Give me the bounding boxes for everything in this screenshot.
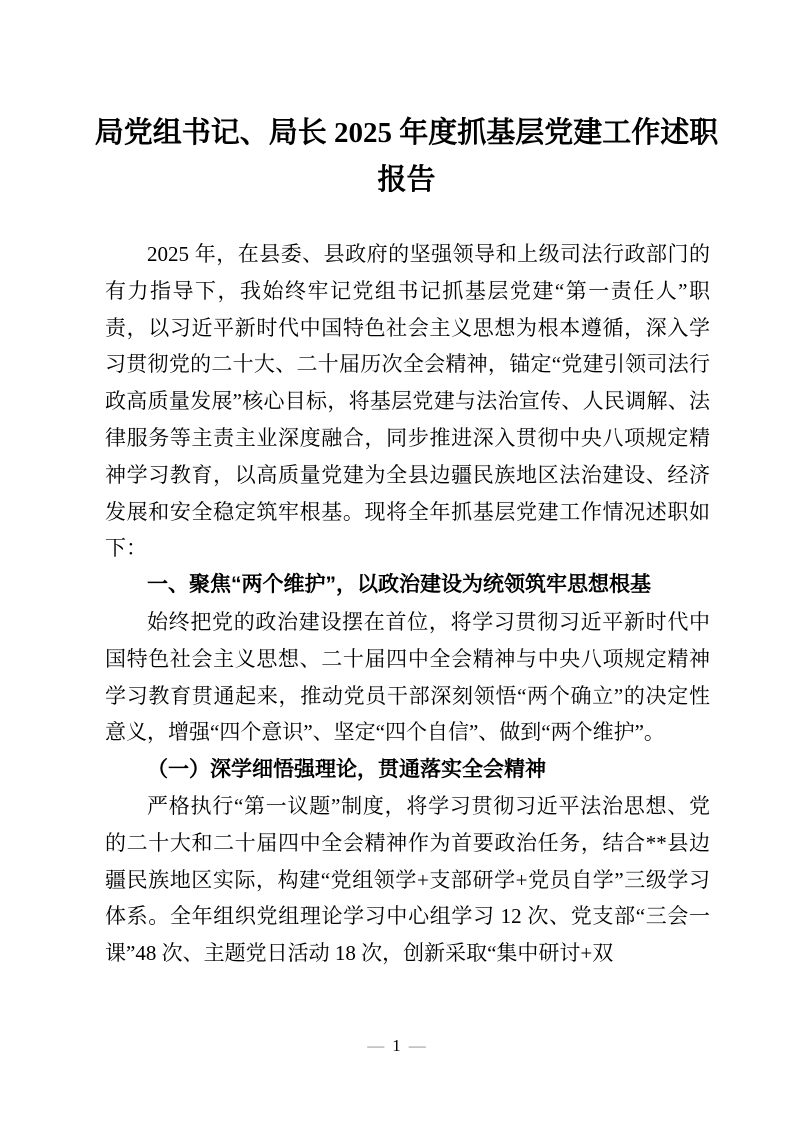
- section-heading-one: 一、聚焦“两个维护”，以政治建设为统领筑牢思想根基: [105, 567, 710, 604]
- page-number: 1: [392, 1036, 401, 1055]
- paragraph-theory-study: 严格执行“第一议题”制度，将学习贯彻习近平法治思想、党的二十大和二十届四中全会精…: [105, 788, 710, 972]
- subsection-heading-one-one: （一）深学细悟强理论，贯通落实全会精神: [105, 751, 710, 788]
- paragraph-intro: 2025 年，在县委、县政府的坚强领导和上级司法行政部门的有力指导下，我始终牢记…: [105, 236, 710, 567]
- paragraph-political-building: 始终把党的政治建设摆在首位，将学习贯彻习近平新时代中国特色社会主义思想、二十届四…: [105, 604, 710, 751]
- footer-dash-left: —: [367, 1036, 384, 1055]
- document-body: 2025 年，在县委、县政府的坚强领导和上级司法行政部门的有力指导下，我始终牢记…: [105, 236, 710, 972]
- footer-dash-right: —: [409, 1036, 426, 1055]
- page-footer: —1—: [0, 1036, 793, 1056]
- document-title: 局党组书记、局长 2025 年度抓基层党建工作述职报告: [84, 110, 729, 204]
- document-page: 局党组书记、局长 2025 年度抓基层党建工作述职报告 2025 年，在县委、县…: [0, 0, 793, 1122]
